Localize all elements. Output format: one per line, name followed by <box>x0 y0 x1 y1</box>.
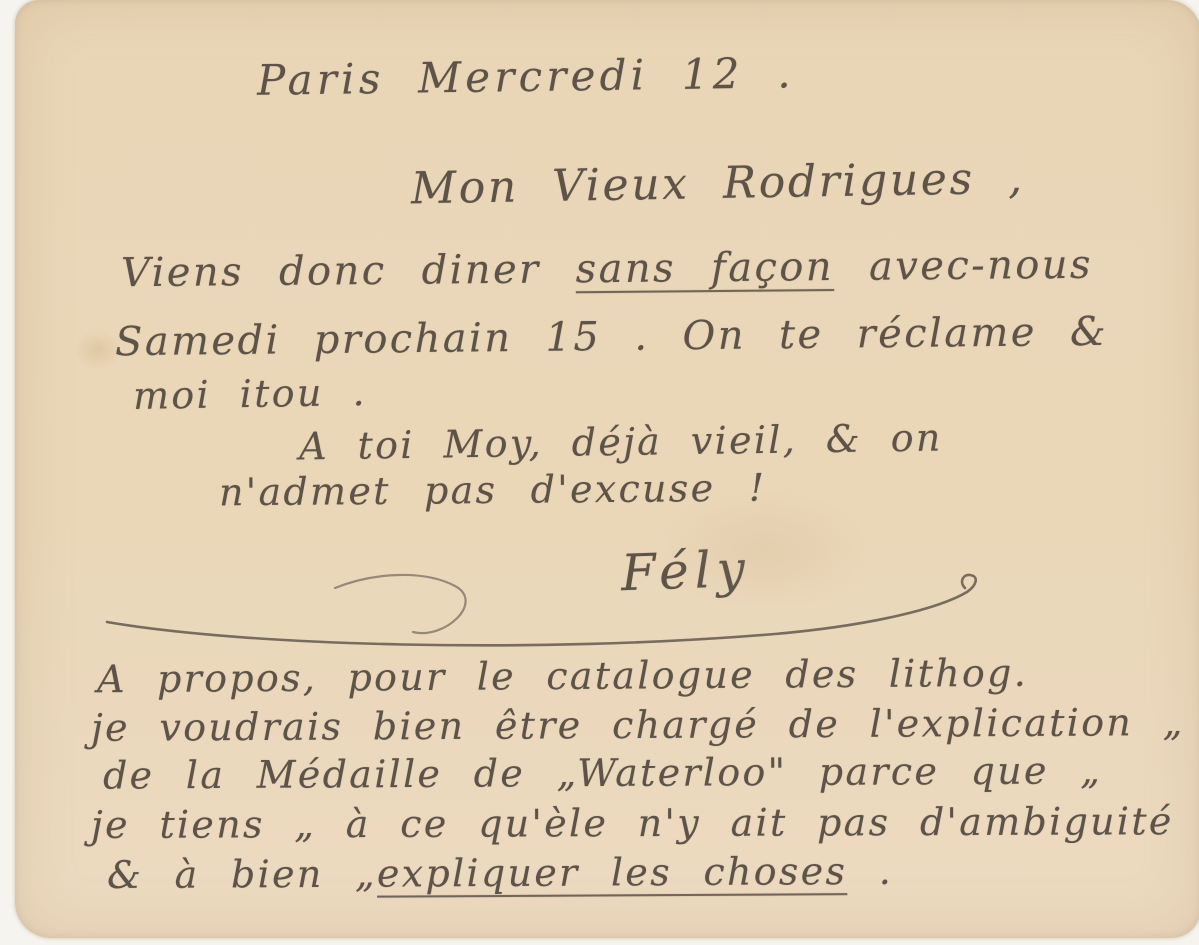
body-line-4: A toi Moy, déjà vieil, & on <box>299 416 943 469</box>
body-line-1-underlined: sans façon <box>575 244 834 292</box>
postscript-line-5-post: . <box>847 849 893 893</box>
body-line-3: moi itou . <box>133 370 367 418</box>
body-line-1: Viens donc diner sans façon avec-nous <box>121 242 1093 296</box>
postscript-line-4: je tiens „ à ce qu'èle n'y ait pas d'amb… <box>91 799 1199 847</box>
postscript-line-3: de la Médaille de „Waterloo" parce que „ <box>103 748 1102 797</box>
letter-card: Paris Mercredi 12 . Mon Vieux Rodrigues … <box>15 0 1199 938</box>
postscript-line-1: A propos, pour le catalogue des lithog. <box>97 651 1028 701</box>
postscript-line-5-pre: & à bien „ <box>107 852 377 897</box>
postscript-line-5: & à bien „expliquer les choses . <box>107 849 893 897</box>
body-line-2: Samedi prochain 15 . On te réclame & <box>115 309 1108 365</box>
body-line-1-post: avec-nous <box>834 242 1093 290</box>
body-line-5: n'admet pas d'excuse ! <box>219 466 767 515</box>
body-line-1-pre: Viens donc diner <box>121 246 576 296</box>
signature: Fély <box>620 540 752 602</box>
salutation: Mon Vieux Rodrigues , <box>411 153 1026 215</box>
dateline: Paris Mercredi 12 . <box>257 48 795 105</box>
postscript-line-5-underlined: expliquer les choses <box>377 849 847 895</box>
postscript-line-2: je voudrais bien être chargé de l'explic… <box>91 700 1185 750</box>
scan-background: Paris Mercredi 12 . Mon Vieux Rodrigues … <box>0 0 1199 945</box>
